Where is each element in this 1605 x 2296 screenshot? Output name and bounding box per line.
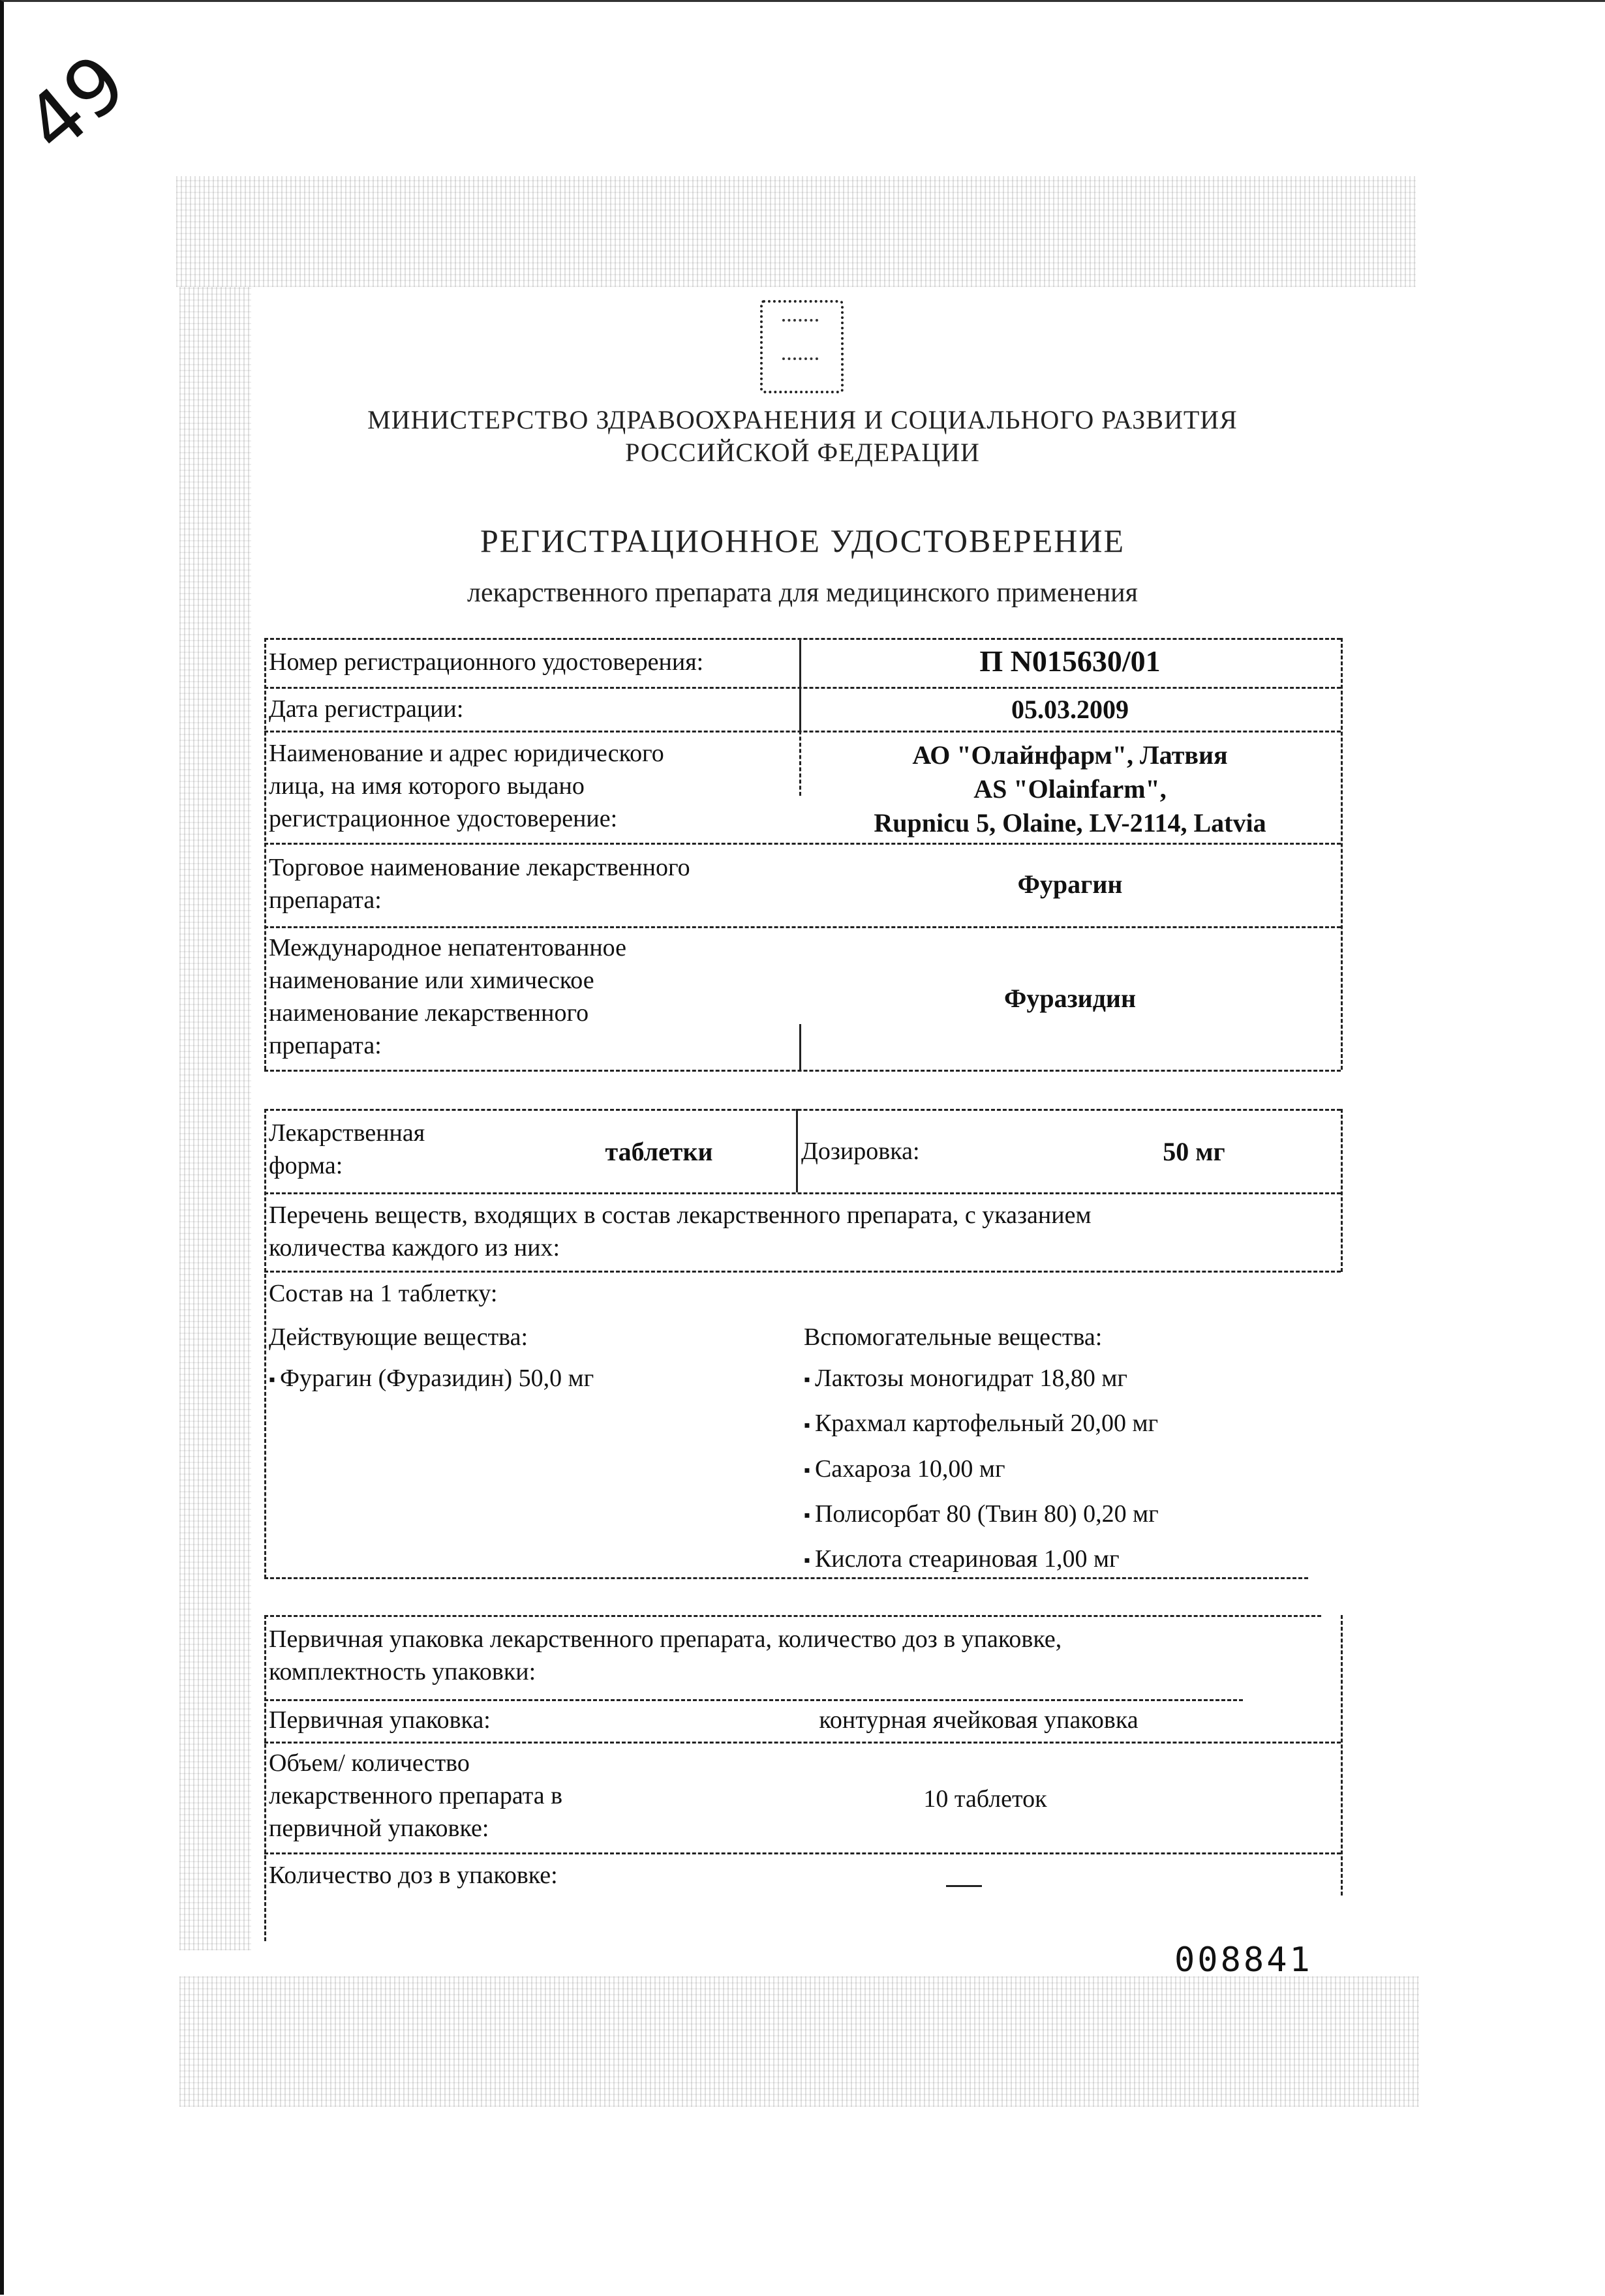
list-item: Лактозы моногидрат 18,80 мг	[804, 1357, 1159, 1402]
primary-packaging-value: контурная ячейковая упаковка	[685, 1704, 1272, 1736]
active-substances-header: Действующие вещества:	[269, 1321, 528, 1353]
coat-of-arms-icon	[760, 300, 844, 393]
inn-label: Международное непатентованное наименован…	[269, 931, 626, 1062]
doses-label: Количество доз в упаковке:	[269, 1859, 558, 1892]
volume-label: Объем/ количество лекарственного препара…	[269, 1747, 562, 1845]
holder-label: Наименование и адрес юридического лица, …	[269, 737, 664, 835]
dosage-form-label: Лекарственная форма:	[269, 1117, 425, 1182]
trade-name-label: Торговое наименование лекарственного пре…	[269, 851, 690, 916]
composition-intro: Перечень веществ, входящих в состав лека…	[269, 1199, 1092, 1264]
list-item: Полисорбат 80 (Твин 80) 0,20 мг	[804, 1492, 1159, 1537]
packaging-intro: Первичная упаковка лекарственного препар…	[269, 1623, 1062, 1688]
dosage-value: 50 мг	[1096, 1135, 1292, 1169]
serial-number: 008841	[1174, 1941, 1313, 1980]
document-title: РЕГИСТРАЦИОННОЕ УДОСТОВЕРЕНИЕ	[0, 522, 1605, 560]
reg-date-label: Дата регистрации:	[269, 693, 463, 725]
excipients-header: Вспомогательные вещества:	[804, 1321, 1102, 1353]
list-item: Крахмал картофельный 20,00 мг	[804, 1402, 1159, 1447]
reg-number-label: Номер регистрационного удостоверения:	[269, 646, 703, 678]
list-item: Кислота стеариновая 1,00 мг	[804, 1537, 1159, 1582]
inn-value: Фуразидин	[802, 982, 1337, 1016]
trade-name-value: Фурагин	[802, 868, 1337, 901]
primary-packaging-label: Первичная упаковка:	[269, 1704, 491, 1736]
reg-date-value: 05.03.2009	[802, 693, 1337, 727]
ministry-name-line2: РОССИЙСКОЙ ФЕДЕРАЦИИ	[0, 437, 1605, 468]
decorative-border-top	[176, 176, 1416, 287]
decorative-border-bottom	[179, 1976, 1419, 2107]
dosage-label: Дозировка:	[801, 1135, 920, 1168]
excipients-list: Лактозы моногидрат 18,80 мг Крахмал карт…	[804, 1357, 1159, 1582]
list-item: Фурагин (Фуразидин) 50,0 мг	[269, 1357, 594, 1402]
reg-number-value: П N015630/01	[802, 644, 1337, 678]
doses-value-dash	[946, 1885, 982, 1887]
list-item: Сахароза 10,00 мг	[804, 1447, 1159, 1492]
volume-value: 10 таблеток	[848, 1783, 1122, 1815]
holder-value: АО "Олайнфарм", Латвия AS "Olainfarm", R…	[802, 738, 1337, 840]
dosage-form-value: таблетки	[561, 1135, 757, 1169]
ministry-name-line1: МИНИСТЕРСТВО ЗДРАВООХРАНЕНИЯ И СОЦИАЛЬНО…	[0, 404, 1605, 435]
active-substances-list: Фурагин (Фуразидин) 50,0 мг	[269, 1357, 594, 1402]
composition-per-unit: Состав на 1 таблетку:	[269, 1277, 497, 1310]
document-subtitle: лекарственного препарата для медицинског…	[0, 577, 1605, 609]
